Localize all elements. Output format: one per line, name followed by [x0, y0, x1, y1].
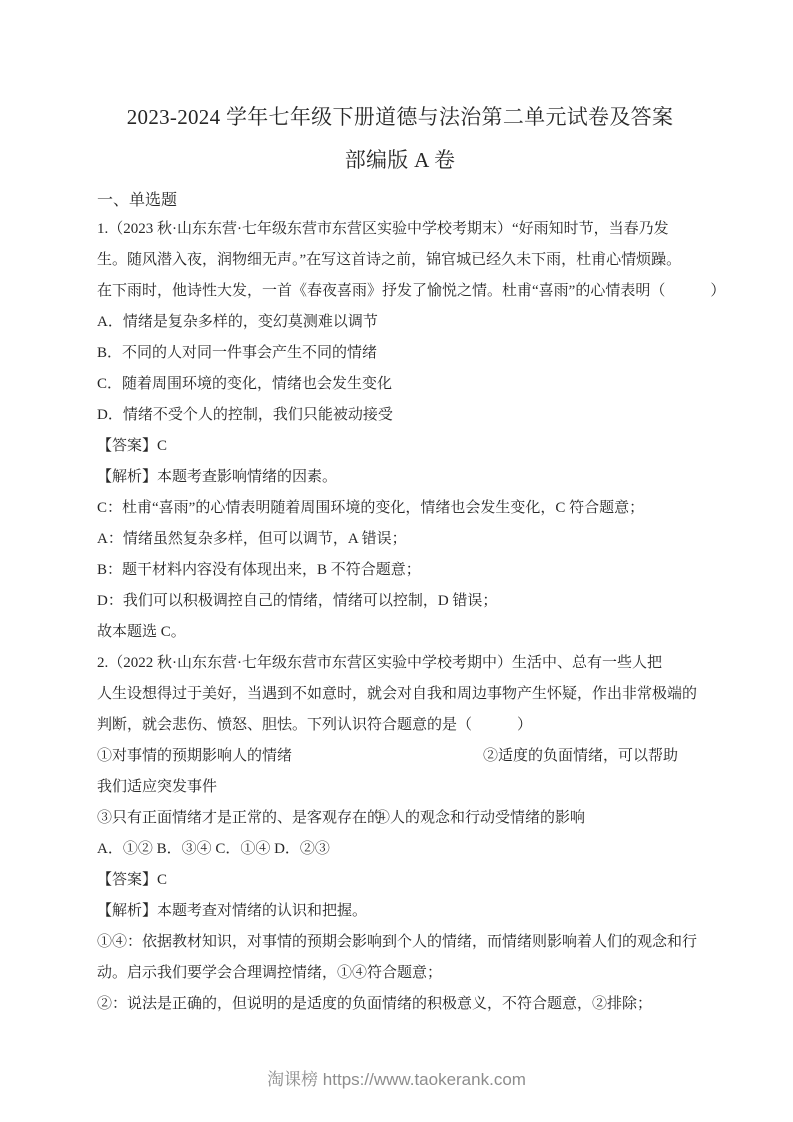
q2-options: A．①② B．③④ C．①④ D．②③: [97, 834, 703, 865]
q2-item-3-4-right: ④人的观念和行动受情绪的影响: [375, 803, 585, 834]
document-title: 2023-2024 学年七年级下册道德与法治第二单元试卷及答案: [97, 102, 703, 133]
q1-analysis-a: A：情绪虽然复杂多样，但可以调节，A 错误；: [97, 524, 703, 555]
q2-item-1-2-left: ①对事情的预期影响人的情绪: [97, 748, 292, 764]
q1-analysis-d: D：我们可以积极调控自己的情绪，情绪可以控制，D 错误；: [97, 586, 703, 617]
q1-option-d: D．情绪不受个人的控制，我们只能被动接受: [97, 400, 703, 431]
q2-item-1-2-right: ②适度的负面情绪，可以帮助: [483, 741, 678, 772]
q2-stem-line3: 判断，就会悲伤、愤怒、胆怯。下列认识符合题意的是（ ）: [97, 710, 703, 741]
document-page: 2023-2024 学年七年级下册道德与法治第二单元试卷及答案 部编版 A 卷 …: [0, 0, 793, 1122]
q2-analysis-2: ②：说法是正确的，但说明的是适度的负面情绪的积极意义，不符合题意，②排除；: [97, 989, 703, 1020]
document-subtitle: 部编版 A 卷: [97, 145, 703, 176]
q2-item-3-4: ③只有正面情绪才是正常的、是客观存在的④人的观念和行动受情绪的影响: [97, 803, 703, 834]
footer-site-name: 淘课榜: [267, 1070, 318, 1089]
question-lines: 1.（2023 秋·山东东营·七年级东营市东营区实验中学校考期末）“好雨知时节，…: [97, 214, 703, 1020]
q1-stem-line1: 1.（2023 秋·山东东营·七年级东营市东营区实验中学校考期末）“好雨知时节，…: [97, 214, 703, 245]
footer-site-link[interactable]: https://www.taokerank.com: [323, 1070, 526, 1089]
q1-option-b: B．不同的人对同一件事会产生不同的情绪: [97, 338, 703, 369]
q2-item-3-4-left: ③只有正面情绪才是正常的、是客观存在的: [97, 810, 382, 826]
q1-analysis-intro: 【解析】本题考查影响情绪的因素。: [97, 462, 703, 493]
q2-analysis-intro: 【解析】本题考查对情绪的认识和把握。: [97, 896, 703, 927]
q1-stem-line3: 在下雨时，他诗性大发，一首《春夜喜雨》抒发了愉悦之情。杜甫“喜雨”的心情表明（ …: [97, 276, 703, 307]
footer-watermark: 淘课榜 https://www.taokerank.com: [0, 1066, 793, 1094]
q2-stem-line1: 2.（2022 秋·山东东营·七年级东营市东营区实验中学校考期中）生活中、总有一…: [97, 648, 703, 679]
q2-item-1-2: ①对事情的预期影响人的情绪②适度的负面情绪，可以帮助: [97, 741, 703, 772]
q1-analysis-b: B：题干材料内容没有体现出来，B 不符合题意；: [97, 555, 703, 586]
q1-stem-line2: 生。随风潜入夜，润物细无声。”在写这首诗之前，锦官城已经久未下雨，杜甫心情烦躁。: [97, 245, 703, 276]
section-heading: 一、单选题: [97, 188, 703, 214]
q1-option-c: C．随着周围环境的变化，情绪也会发生变化: [97, 369, 703, 400]
q1-analysis-c: C：杜甫“喜雨”的心情表明随着周围环境的变化，情绪也会发生变化，C 符合题意；: [97, 493, 703, 524]
document-content: 2023-2024 学年七年级下册道德与法治第二单元试卷及答案 部编版 A 卷 …: [97, 102, 703, 1020]
q1-conclusion: 故本题选 C。: [97, 617, 703, 648]
q2-analysis-14-line2: 动。启示我们要学会合理调控情绪，①④符合题意；: [97, 958, 703, 989]
q1-option-a: A．情绪是复杂多样的，变幻莫测难以调节: [97, 307, 703, 338]
q1-answer: 【答案】C: [97, 431, 703, 462]
q2-item-2-cont: 我们适应突发事件: [97, 772, 703, 803]
q2-stem-line2: 人生设想得过于美好，当遇到不如意时，就会对自我和周边事物产生怀疑，作出非常极端的: [97, 679, 703, 710]
q2-analysis-14-line1: ①④：依据教材知识，对事情的预期会影响到个人的情绪，而情绪则影响着人们的观念和行: [97, 927, 703, 958]
q2-answer: 【答案】C: [97, 865, 703, 896]
